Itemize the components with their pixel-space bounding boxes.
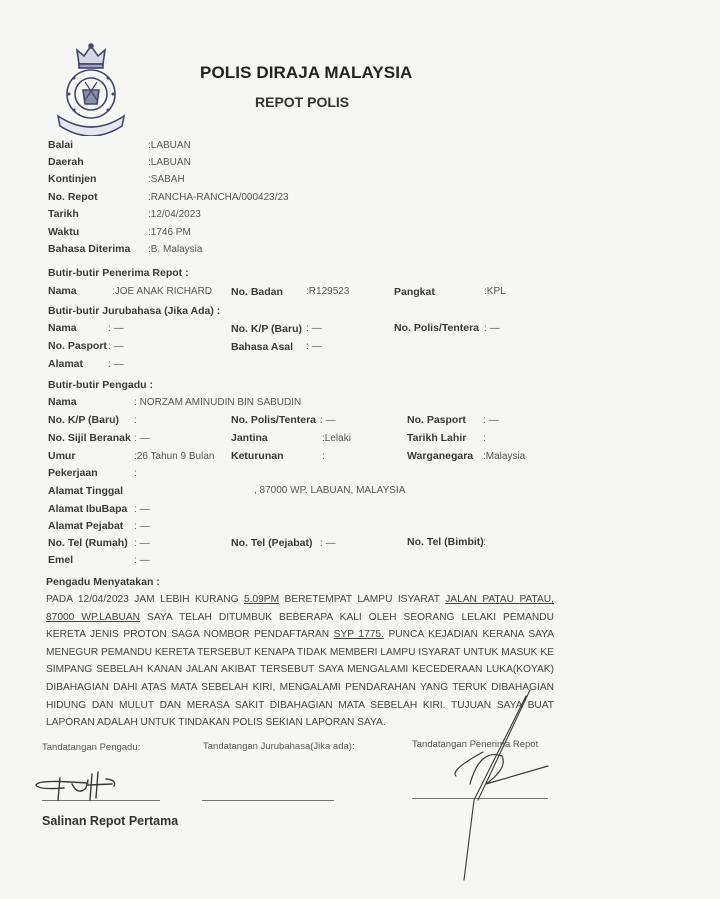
handwritten-signatures [0,0,720,899]
footer-label: Salinan Repot Pertama [42,814,178,828]
signature-penerima-icon [464,690,530,880]
police-report-page: POLIS DIRAJA MALAYSIA REPOT POLIS Balai … [0,0,720,899]
signature-pengadu-icon [36,772,115,800]
